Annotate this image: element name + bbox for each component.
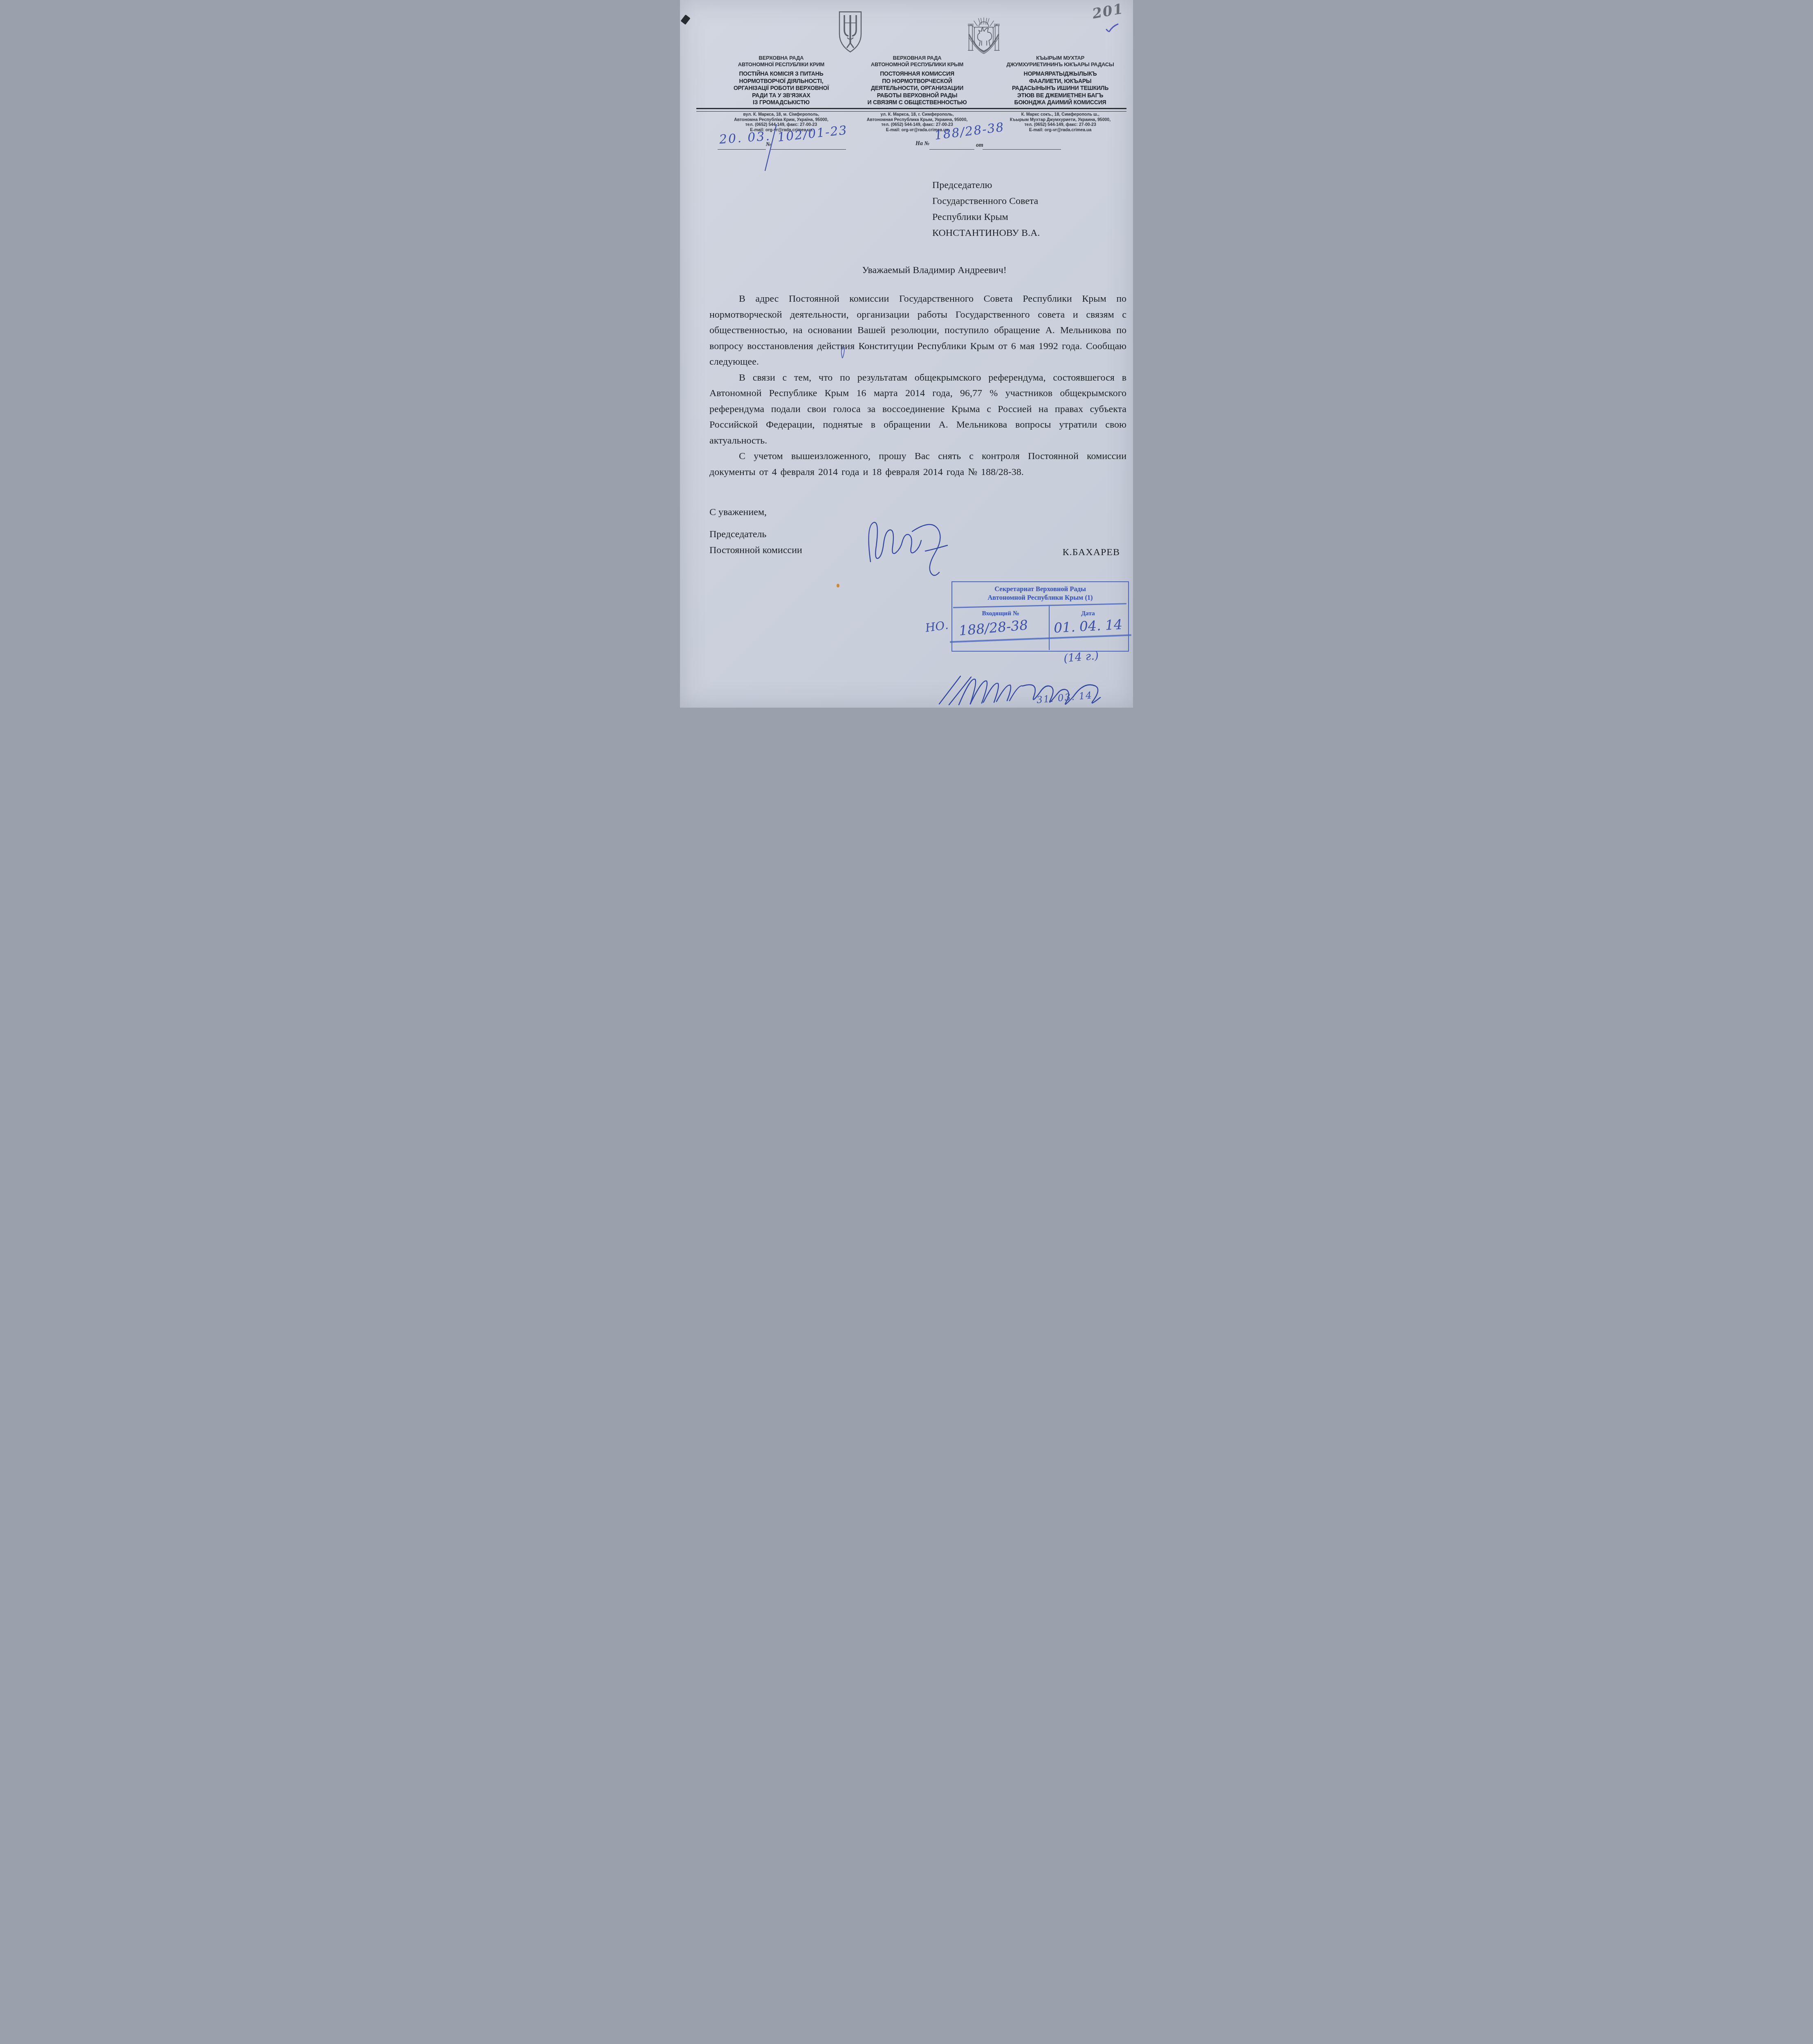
handwritten-incoming-number: 188/28-38 bbox=[958, 617, 1029, 639]
org-name-russian: ВЕРХОВНАЯ РАДА АВТОНОМНОЙ РЕСПУБЛИКИ КРЫ… bbox=[853, 55, 982, 67]
date-underline bbox=[718, 149, 766, 150]
stamp-incoming-number-label: Входящий № bbox=[952, 610, 1049, 617]
stamp-title: Секретариат Верховной Рады Автономной Ре… bbox=[952, 582, 1128, 602]
check-mark-icon bbox=[1105, 23, 1119, 34]
ukraine-trident-emblem-icon bbox=[837, 11, 863, 53]
closing-regards: С уважением, bbox=[709, 507, 767, 518]
chairman-signature bbox=[852, 512, 970, 579]
pencil-page-number: 201 bbox=[1091, 0, 1133, 22]
scanned-letter-page: 201 bbox=[680, 0, 1133, 708]
org-name-crimean-tatar: КЪЫРЫМ МУХТАР ДЖУМХУРИЕТИНИНЪ ЮКЪАРЫ РАД… bbox=[990, 55, 1131, 67]
body-paragraph: В адрес Постоянной комиссии Государствен… bbox=[709, 291, 1126, 370]
body-paragraph: С учетом вышеизложенного, прошу Вас снят… bbox=[709, 448, 1126, 480]
reply-number-underline bbox=[929, 149, 974, 150]
registration-stamp: Секретариат Верховной Рады Автономной Ре… bbox=[951, 581, 1129, 652]
reference-line: 20. 03. № 102/01-23 На № 188/28-38 от bbox=[680, 130, 1133, 175]
crimea-coat-of-arms-emblem-icon bbox=[966, 12, 1001, 56]
reply-to-number-label: На № bbox=[915, 141, 929, 147]
letterhead-column-russian: ВЕРХОВНАЯ РАДА АВТОНОМНОЙ РЕСПУБЛИКИ КРЫ… bbox=[853, 55, 982, 106]
letterhead-column-crimean-tatar: КЪЫРЫМ МУХТАР ДЖУМХУРИЕТИНИНЪ ЮКЪАРЫ РАД… bbox=[990, 55, 1131, 106]
clerk-signature bbox=[936, 666, 1113, 708]
ink-blot-mark bbox=[839, 346, 846, 360]
letterhead-divider-rule bbox=[696, 108, 1126, 112]
stamp-date-label: Дата bbox=[1049, 610, 1127, 617]
salutation: Уважаемый Владимир Андреевич! bbox=[862, 265, 1007, 276]
letterhead-column-ukrainian: ВЕРХОВНА РАДА АВТОНОМНОЇ РЕСПУБЛІКИ КРИМ… bbox=[721, 55, 841, 106]
body-paragraph: В связи с тем, что по результатам общекр… bbox=[709, 370, 1126, 449]
signer-title: Председатель Постоянной комиссии bbox=[709, 527, 802, 558]
addressee-block: Председателю Государственного Совета Рес… bbox=[932, 177, 1104, 241]
contact-info-crimean-tatar: К. Маркс сокъ., 18, Симферополь ш., Къыр… bbox=[990, 112, 1131, 132]
commission-name-crimean-tatar: НОРМАЯРАТЫДЖЫЛЫКЪ ФААЛИЕТИ, ЮКЪАРЫ РАДАС… bbox=[990, 70, 1131, 106]
from-date-underline bbox=[983, 149, 1061, 150]
signer-name: К.БАХАРЕВ bbox=[1063, 547, 1120, 558]
outgoing-number-underline bbox=[771, 149, 846, 150]
commission-name-russian: ПОСТОЯННАЯ КОМИССИЯ ПО НОРМОТВОРЧЕСКОЙ Д… bbox=[853, 70, 982, 106]
scan-corner-artifact bbox=[680, 15, 690, 25]
from-label: от bbox=[976, 142, 983, 149]
handwritten-margin-note: НО. bbox=[924, 618, 949, 635]
handwritten-incoming-date: 01. 04. 14 bbox=[1053, 616, 1123, 636]
paper-speck bbox=[837, 584, 839, 587]
pen-stroke bbox=[760, 123, 778, 173]
commission-name-ukrainian: ПОСТІЙНА КОМІСІЯ З ПИТАНЬ НОРМОТВОРЧОЇ Д… bbox=[721, 70, 841, 106]
handwritten-hours-note: (14 г.) bbox=[1063, 649, 1099, 665]
letter-body: В адрес Постоянной комиссии Государствен… bbox=[709, 291, 1126, 480]
org-name-ukrainian: ВЕРХОВНА РАДА АВТОНОМНОЇ РЕСПУБЛІКИ КРИМ bbox=[721, 55, 841, 67]
stamp-horizontal-divider bbox=[953, 603, 1126, 608]
